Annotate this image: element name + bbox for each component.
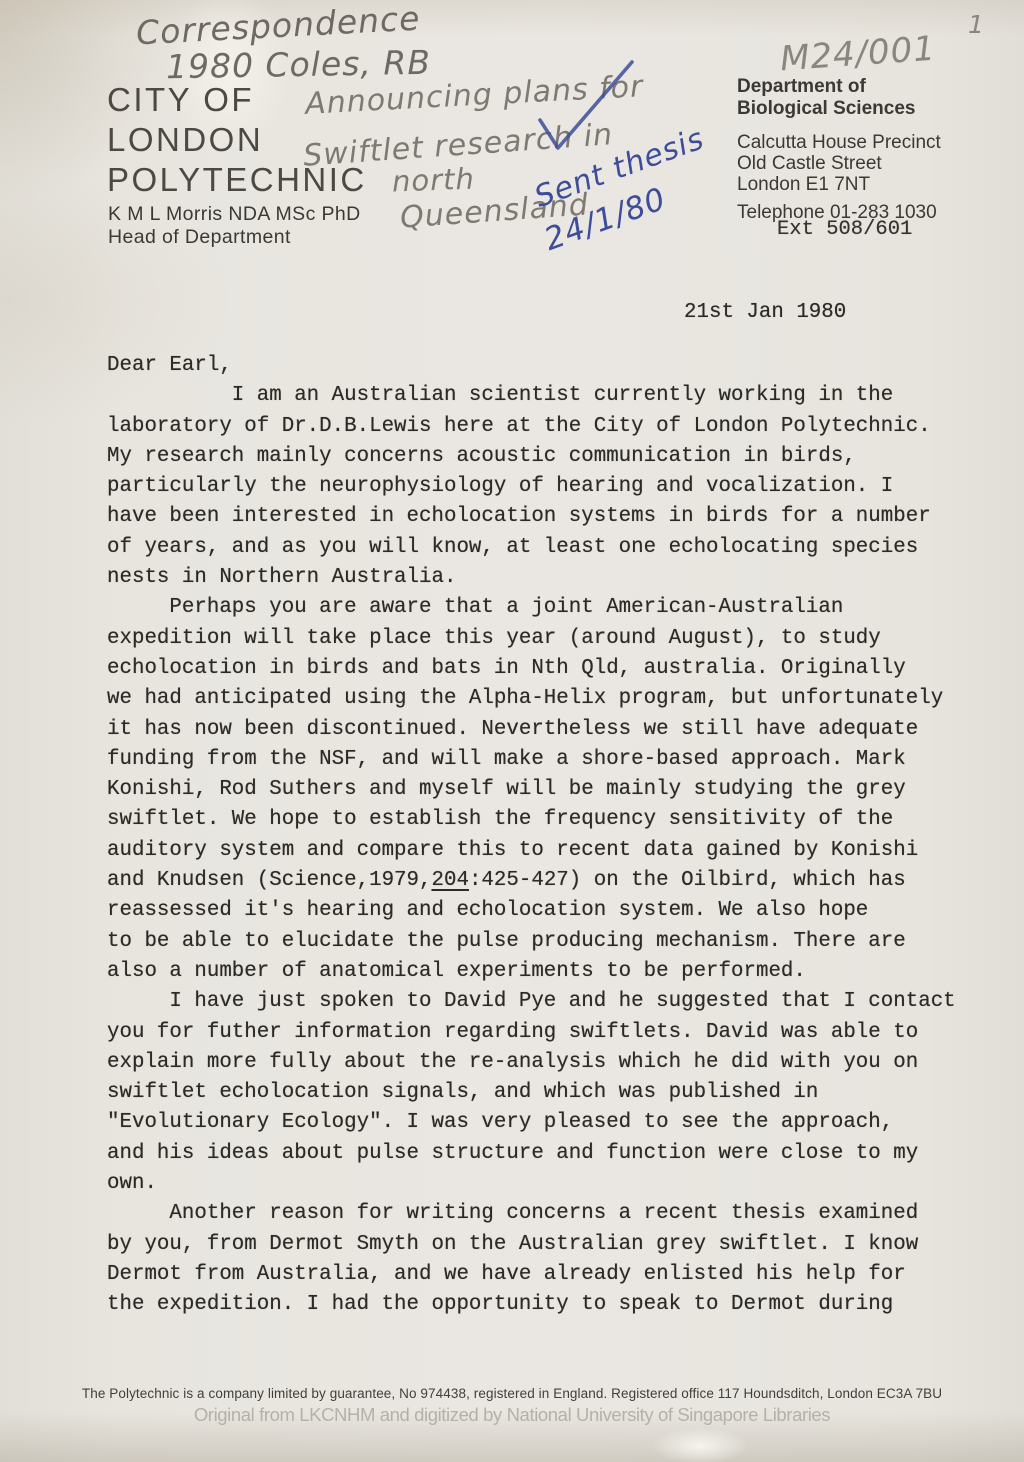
institution-line: CITY OF xyxy=(107,80,367,120)
page-number: 1 xyxy=(968,10,985,39)
institution-line: LONDON xyxy=(107,120,367,160)
company-registration-text: The Polytechnic is a company limited by … xyxy=(0,1386,1024,1401)
letterhead-department: Department ofBiological Sciences xyxy=(737,76,941,120)
letter-line: I am an Australian scientist currently w… xyxy=(107,381,956,411)
letter-line: of years, and as you will know, at least… xyxy=(107,533,956,563)
letter-line: reassessed it's hearing and echolocation… xyxy=(107,896,956,926)
check-icon xyxy=(535,55,645,160)
letter-line: have been interested in echolocation sys… xyxy=(107,502,956,532)
letter-line: Dear Earl, xyxy=(107,351,956,381)
letter-line: laboratory of Dr.D.B.Lewis here at the C… xyxy=(107,412,956,442)
address-line: Calcutta House Precinct xyxy=(737,132,941,153)
letterhead-institution: CITY OFLONDONPOLYTECHNIC xyxy=(107,80,367,200)
letter-line: Perhaps you are aware that a joint Ameri… xyxy=(107,593,956,623)
letter-line: "Evolutionary Ecology". I was very pleas… xyxy=(107,1108,956,1138)
annotation-subject-line3: north xyxy=(391,162,475,199)
scanned-letter-page: Correspondence 1980 Coles, RB Announcing… xyxy=(0,0,1024,1462)
letter-line: nests in Northern Australia. xyxy=(107,563,956,593)
letter-line: Another reason for writing concerns a re… xyxy=(107,1199,956,1229)
letter-line: Dermot from Australia, and we have alrea… xyxy=(107,1260,956,1290)
letterhead-contact-block: Department ofBiological Sciences Calcutt… xyxy=(737,76,941,223)
address-line: Old Castle Street xyxy=(737,153,941,174)
letter-line: explain more fully about the re-analysis… xyxy=(107,1048,956,1078)
letter-line: and his ideas about pulse structure and … xyxy=(107,1139,956,1169)
reference-pre: and Knudsen (Science,1979, xyxy=(107,869,431,892)
address-line: London E1 7NT xyxy=(737,174,941,195)
annotation-archive-ref: M24/001 xyxy=(779,29,937,80)
letter-line: we had anticipated using the Alpha-Helix… xyxy=(107,684,956,714)
letterhead-extension: Ext 508/601 xyxy=(777,218,912,241)
letter-line: by you, from Dermot Smyth on the Austral… xyxy=(107,1230,956,1260)
letter-line: also a number of anatomical experiments … xyxy=(107,957,956,987)
letter-line: expedition will take place this year (ar… xyxy=(107,624,956,654)
letter-line: auditory system and compare this to rece… xyxy=(107,836,956,866)
letter-line: particularly the neurophysiology of hear… xyxy=(107,472,956,502)
letter-line: swiftlet echolocation signals, and which… xyxy=(107,1078,956,1108)
letter-line: it has now been discontinued. Neverthele… xyxy=(107,715,956,745)
letter-line: to be able to elucidate the pulse produc… xyxy=(107,927,956,957)
reference-volume: 204 xyxy=(431,869,468,892)
letter-line: own. xyxy=(107,1169,956,1199)
letter-line: I have just spoken to David Pye and he s… xyxy=(107,987,956,1017)
department-line: Biological Sciences xyxy=(737,98,941,120)
reference-line: and Knudsen (Science,1979,204:425-427) o… xyxy=(107,866,956,896)
department-line: Department of xyxy=(737,76,941,98)
reference-post: :425-427) on the Oilbird, which has xyxy=(469,869,906,892)
letter-paragraphs-b: reassessed it's hearing and echolocation… xyxy=(107,896,956,1320)
letterhead-address: Calcutta House PrecinctOld Castle Street… xyxy=(737,132,941,195)
letter-line: swiftlet. We hope to establish the frequ… xyxy=(107,805,956,835)
letter-paragraphs-a: Dear Earl, I am an Australian scientist … xyxy=(107,351,956,866)
letter-line: the expedition. I had the opportunity to… xyxy=(107,1290,956,1320)
letter-line: My research mainly concerns acoustic com… xyxy=(107,442,956,472)
letter-line: Konishi, Rod Suthers and myself will be … xyxy=(107,775,956,805)
letterhead-head-title: Head of Department xyxy=(108,226,291,249)
letter-line: echolocation in birds and bats in Nth Ql… xyxy=(107,654,956,684)
letter-date: 21st Jan 1980 xyxy=(684,301,846,324)
letterhead-head-name: K M L Morris NDA MSc PhD xyxy=(108,203,361,226)
letter-line: funding from the NSF, and will make a sh… xyxy=(107,745,956,775)
digitization-watermark: Original from LKCNHM and digitized by Na… xyxy=(0,1404,1024,1426)
institution-line: POLYTECHNIC xyxy=(107,160,367,200)
letter-body: Dear Earl, I am an Australian scientist … xyxy=(107,351,956,1321)
letter-line: you for futher information regarding swi… xyxy=(107,1018,956,1048)
